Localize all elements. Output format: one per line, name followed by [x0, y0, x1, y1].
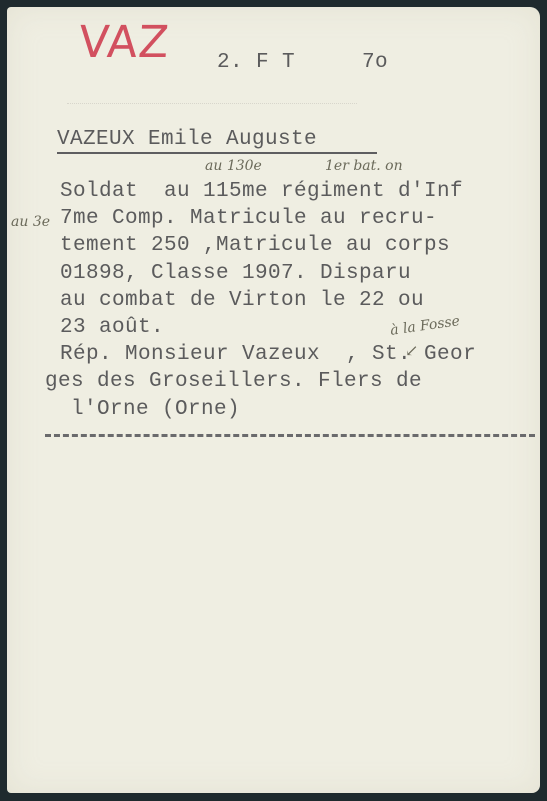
soldier-name: VAZEUX Emile Auguste [57, 129, 317, 150]
reference-code: 2. F T [217, 52, 295, 73]
body-line-2: 7me Comp. Matricule au recru- [60, 208, 437, 229]
battalion-correction-note: 1er bat. on [325, 159, 403, 173]
company-margin-note: au 3e [11, 215, 50, 229]
body-line-3: tement 250 ,Matricule au corps [60, 235, 450, 256]
index-code: VAZ [77, 21, 171, 65]
body-line-4: 01898, Classe 1907. Disparu [60, 263, 411, 284]
body-line-7: Rép. Monsieur Vazeux , St. Geor [60, 344, 476, 365]
name-underline [57, 152, 377, 154]
body-line-8: ges des Groseillers. Flers de [45, 371, 422, 392]
body-line-6: 23 août. [60, 317, 164, 338]
reference-number: 7o [362, 52, 388, 73]
faint-ghost-text-line [67, 103, 357, 105]
body-line-1: Soldat au 115me régiment d'Inf [60, 181, 463, 202]
index-card: VAZ 2. F T 7o VAZEUX Emile Auguste au 13… [7, 7, 540, 793]
regiment-correction-note: au 130e [205, 159, 262, 173]
body-line-5: au combat de Virton le 22 ou [60, 290, 424, 311]
dashed-separator [45, 434, 535, 437]
address-insert-note: à la Fosse [389, 314, 460, 338]
body-line-9: l'Orne (Orne) [45, 399, 240, 420]
